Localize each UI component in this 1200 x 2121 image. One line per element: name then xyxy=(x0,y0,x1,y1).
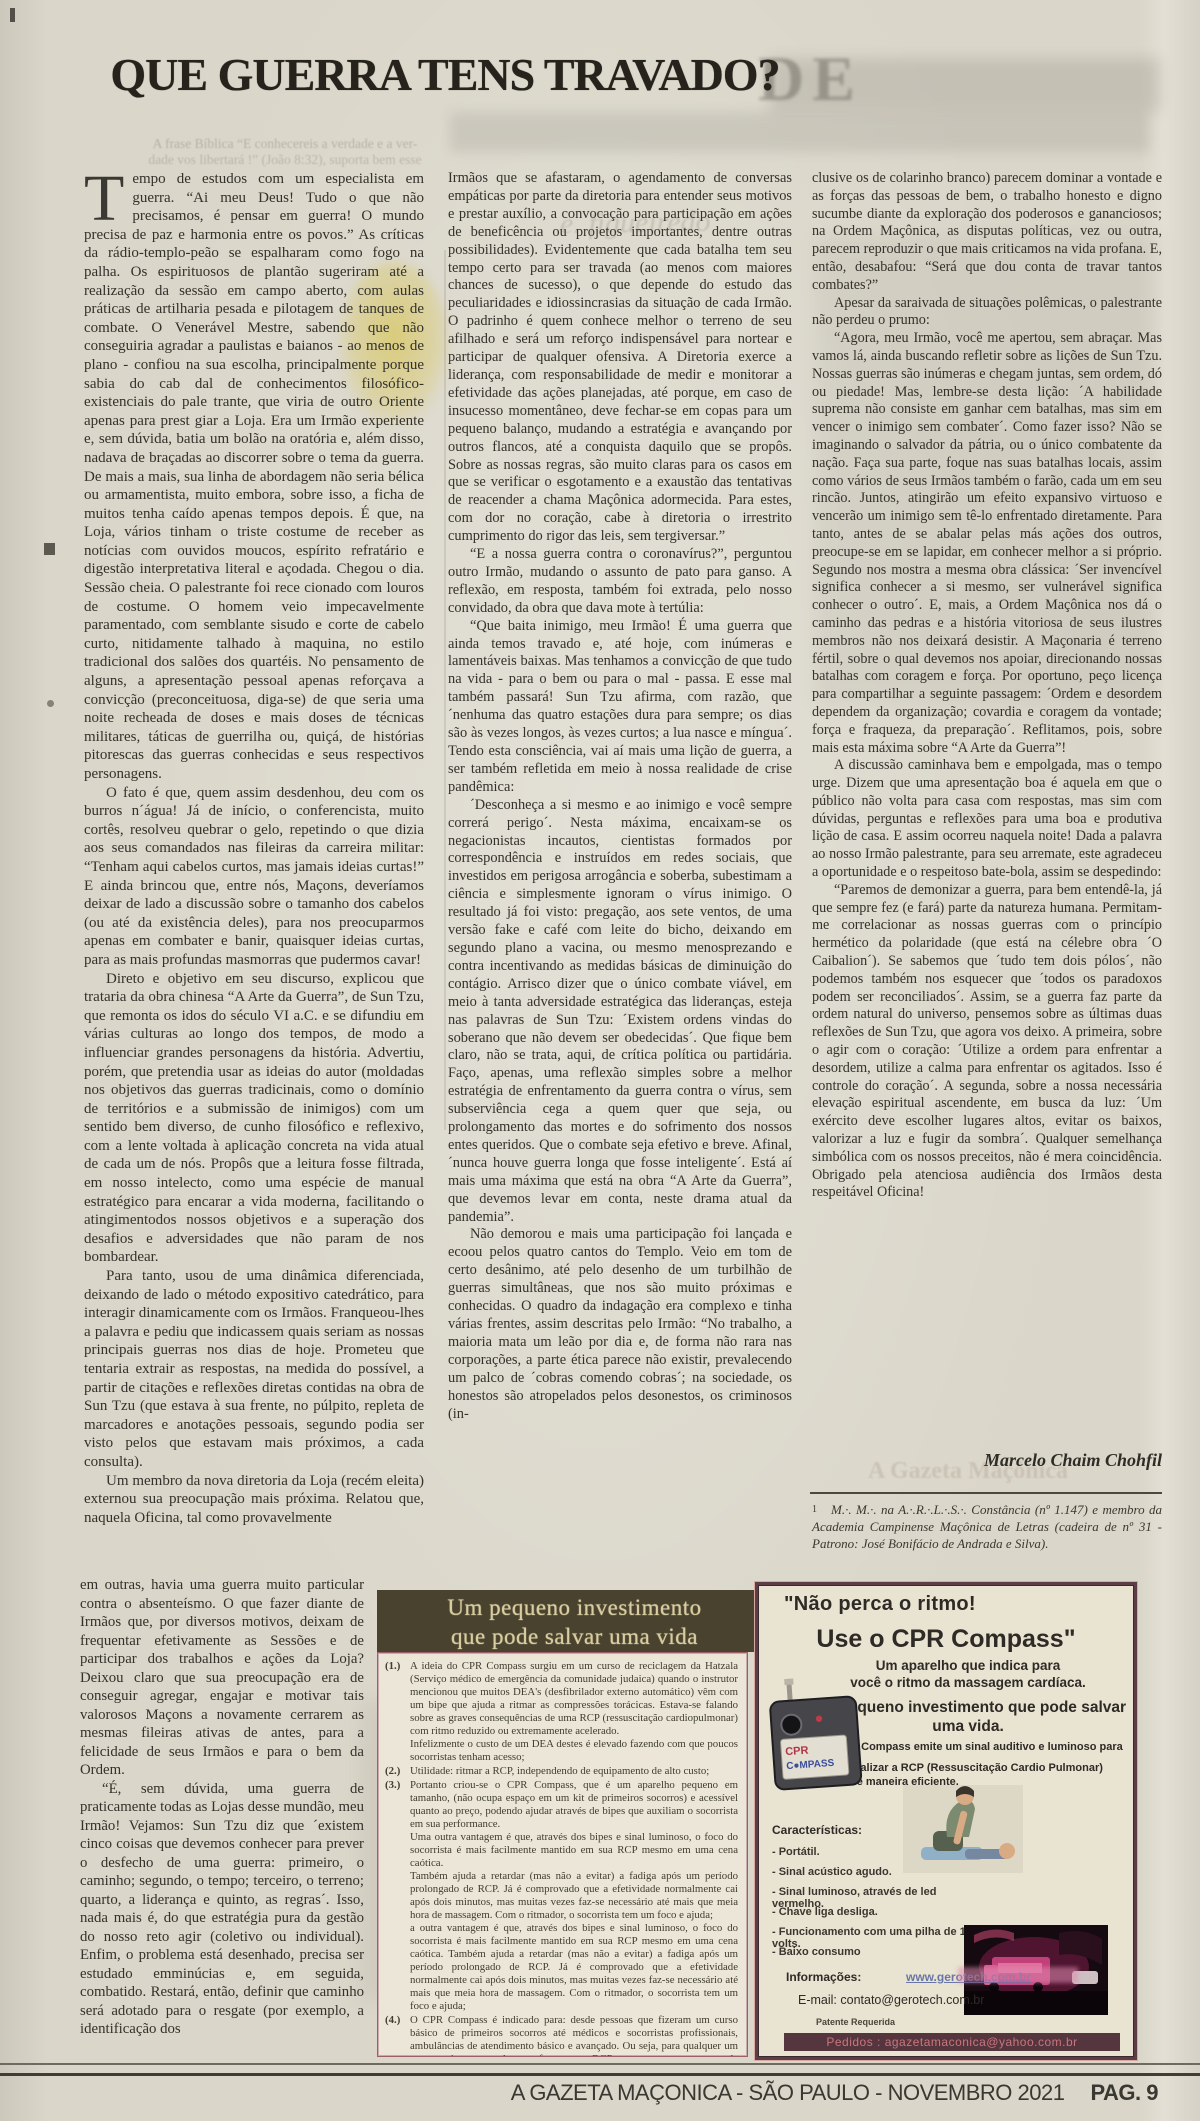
feature-item: - Baixo consumo xyxy=(772,1946,982,1958)
cpr-ad-subheadline: Use o CPR Compass" xyxy=(758,1625,1134,1654)
device-label-cpr: CPR xyxy=(785,1745,809,1759)
paper-crease xyxy=(444,250,446,1130)
patent-text: Patente Requerida xyxy=(816,2017,895,2027)
features-title: Características: xyxy=(772,1823,862,1837)
ad-item-text: Utilidade: ritmar a RCP, independendo de… xyxy=(410,1765,738,1778)
bleed-text-line: dade vos libertará !” (João 8:32), supor… xyxy=(120,152,450,168)
footnote: 1M.·. M.·. na A.·.R.·.L.·.S.·. Constânci… xyxy=(812,1502,1162,1552)
footer-bar: A GAZETA MAÇONICA - SÃO PAULO - NOVEMBRO… xyxy=(0,2080,1158,2106)
ad-item: (1.) A ideia do CPR Compass surgiu em um… xyxy=(385,1660,738,1764)
footer-text: A GAZETA MAÇONICA - SÃO PAULO - NOVEMBRO… xyxy=(511,2080,1065,2105)
feature-item: - Chave liga desliga. xyxy=(772,1906,982,1918)
cpr-illustration xyxy=(903,1785,1023,1873)
drop-cap: T xyxy=(84,170,132,225)
footer-rule-thin xyxy=(0,2063,1200,2065)
paragraph: “Que baita inimigo, meu Irmão! É uma gue… xyxy=(448,618,792,797)
paragraph: “Agora, meu Irmão, você me apertou, sem … xyxy=(812,330,1162,757)
paragraph: O fato é que, quem assim desdenhou, deu … xyxy=(84,784,424,970)
paragraph: em outras, havia uma guerra muito partic… xyxy=(80,1576,364,1780)
paragraph: Apesar da saraivada de situações polêmic… xyxy=(812,295,1162,331)
article-column-1-lower: em outras, havia uma guerra muito partic… xyxy=(80,1576,364,2052)
ad-item-text: Uma outra vantagem é que, através dos bi… xyxy=(410,1831,738,1870)
article-column-2: Irmãos que se afastaram, o agendamento d… xyxy=(448,170,792,1580)
info-label: Informações: xyxy=(786,1970,861,1984)
cpr-ad-headline: "Não perca o ritmo! xyxy=(784,1593,976,1616)
ad-left-header: Um pequeno investimento que pode salvar … xyxy=(377,1590,772,1652)
ad-item-text: Infelizmente o custo de um DEA destes é … xyxy=(410,1738,738,1764)
feature-item: - Sinal acústico agudo. xyxy=(772,1866,982,1878)
page-number: PAG. 9 xyxy=(1064,2080,1158,2105)
paragraph: Tempo de estudos com um especialista em … xyxy=(84,170,424,784)
newspaper-page: DE A frase Bíblica “E conhecereis a verd… xyxy=(0,0,1200,2121)
ad-item: (4.) O CPR Compass é indicado para: desd… xyxy=(385,2014,738,2057)
ad-item-number: (4.) xyxy=(385,2014,410,2057)
ad-left-list: (1.) A ideia do CPR Compass surgiu em um… xyxy=(377,1652,748,2057)
ad-item-text: O CPR Compass é indicado para: desde pes… xyxy=(410,2014,738,2057)
paragraph: Para tanto, usou de uma dinâmica diferen… xyxy=(84,1267,424,1472)
ad-item-text: Também ajuda a retardar (mas não a evita… xyxy=(410,1870,738,1922)
paragraph: Irmãos que se afastaram, o agendamento d… xyxy=(448,170,792,546)
ad-left-header-line1: Um pequeno investimento xyxy=(377,1593,772,1622)
page-title: QUE GUERRA TENS TRAVADO? xyxy=(95,48,795,101)
paragraph: Não demorou e mais uma participação foi … xyxy=(448,1226,792,1423)
paragraph: A discussão caminhava bem e empolgada, m… xyxy=(812,757,1162,882)
paragraph: Direto e objetivo em seu discurso, expli… xyxy=(84,970,424,1268)
article-column-3: clusive os de colarinho branco) parecem … xyxy=(812,170,1162,1452)
footnote-marker: 1 xyxy=(812,1504,831,1515)
paragraph: ´Desconheça a si mesmo e ao inimigo e vo… xyxy=(448,797,792,1227)
orders-bar: Pedidos : agazetamaconica@yahoo.com.br xyxy=(784,2033,1120,2051)
cpr-ad: "Não perca o ritmo! Use o CPR Compass" U… xyxy=(755,1582,1137,2060)
paragraph: “E a nossa guerra contra o coronavírus?”… xyxy=(448,546,792,618)
footnote-rule xyxy=(810,1492,1162,1494)
cpr-ad-tagline: Um aparelho que indica para você o ritmo… xyxy=(818,1657,1118,1691)
author-signature: Marcelo Chaim Chohfil xyxy=(812,1450,1162,1471)
ad-item-number: (1.) xyxy=(385,1660,410,1764)
paragraph: “Paremos de demonizar a guerra, para bem… xyxy=(812,882,1162,1202)
cpr-device-image: CPR C●MPASS xyxy=(764,1674,868,1792)
ad-item-number: (2.) xyxy=(385,1765,410,1778)
paragraph: clusive os de colarinho branco) parecem … xyxy=(812,170,1162,295)
bleed-text-line: A frase Bíblica “E conhecereis a verdade… xyxy=(120,136,450,152)
ad-item-text: a outra vantagem é que, através dos bipe… xyxy=(410,1922,738,2013)
bleed-smear xyxy=(450,112,1150,152)
ad-left-header-line2: que pode salvar uma vida xyxy=(377,1622,772,1651)
ad-item: (2.) Utilidade: ritmar a RCP, independen… xyxy=(385,1765,738,1778)
pink-smudge xyxy=(958,1967,1078,1983)
ad-item-text: A ideia do CPR Compass surgiu em um curs… xyxy=(410,1660,738,1738)
ad-item-text: Portanto criou-se o CPR Compass, que é u… xyxy=(410,1779,738,1831)
ad-item-number: (3.) xyxy=(385,1779,410,2013)
paragraph: Um membro da nova diretoria da Loja (rec… xyxy=(84,1472,424,1528)
scan-speck xyxy=(44,543,55,555)
bleed-smear xyxy=(770,58,1160,112)
scan-speck xyxy=(47,700,54,707)
paragraph: “É, sem dúvida, uma guerra de praticamen… xyxy=(80,1780,364,2039)
scan-speck xyxy=(10,8,15,22)
feature-item: - Portátil. xyxy=(772,1846,982,1858)
ad-item: (3.) Portanto criou-se o CPR Compass, qu… xyxy=(385,1779,738,2013)
footer-rule-thick xyxy=(0,2073,1200,2076)
email-text: E-mail: contato@gerotech.com.br xyxy=(798,1993,984,2007)
article-column-1: Tempo de estudos com um especialista em … xyxy=(84,170,424,1572)
